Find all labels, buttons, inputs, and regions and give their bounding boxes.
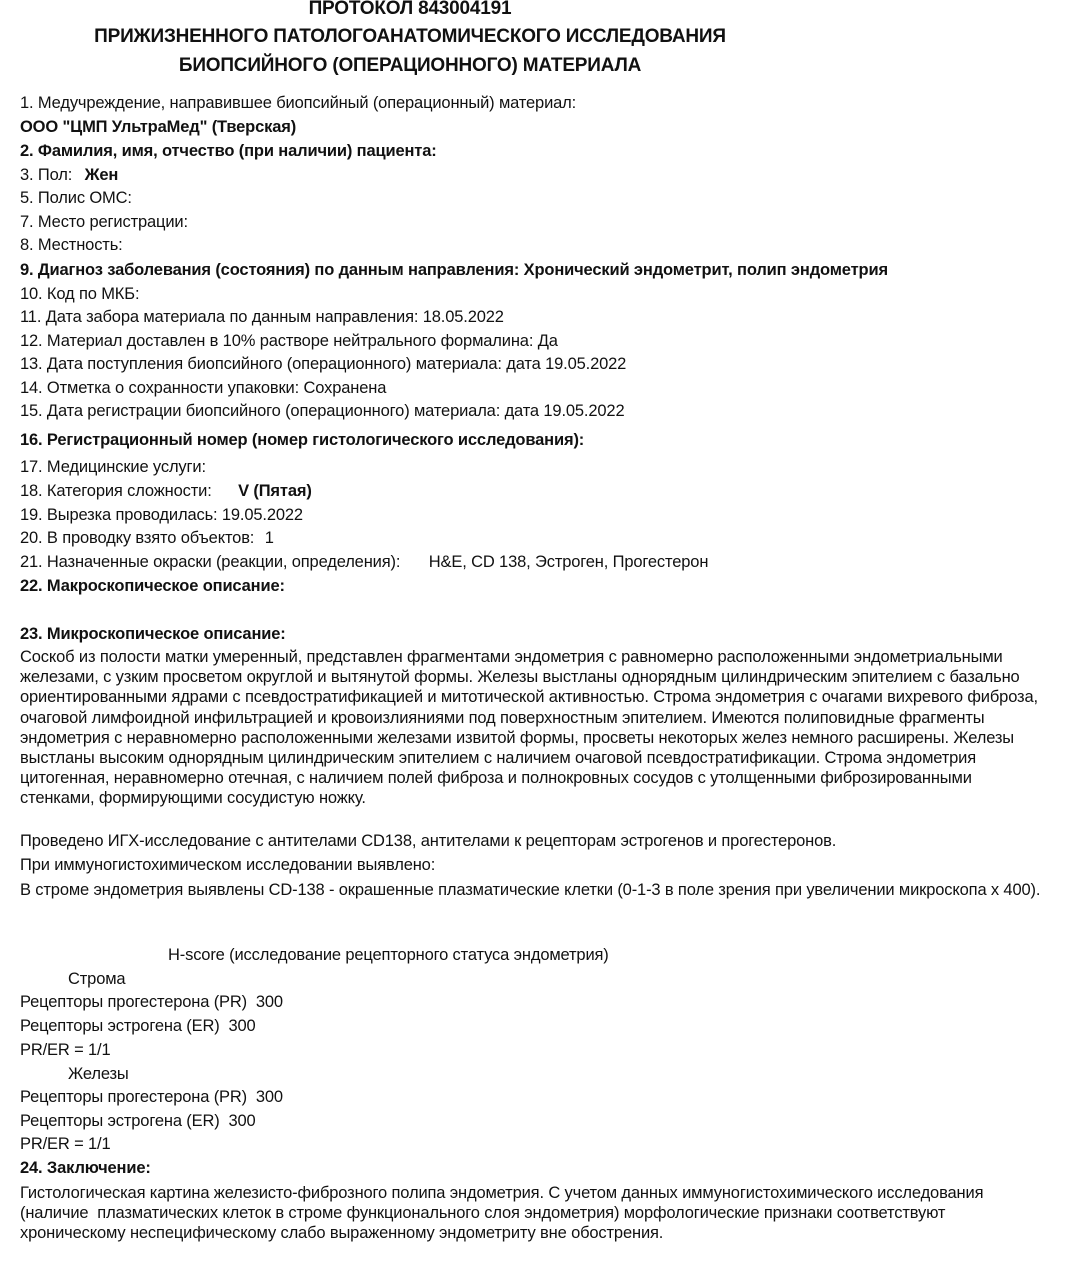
field-21-value: H&E, CD 138, Эстроген, Прогестерон — [429, 553, 709, 571]
hscore-stroma-label: Строма — [20, 970, 125, 989]
field-18: 18. Категория сложности: V (Пятая) — [20, 482, 312, 501]
protocol-subtitle-2: БИОПСИЙНОГО (ОПЕРАЦИОННОГО) МАТЕРИАЛА — [0, 55, 820, 77]
field-15: 15. Дата регистрации биопсийного (операц… — [20, 402, 624, 421]
field-18-label: 18. Категория сложности: — [20, 482, 212, 500]
field-14: 14. Отметка о сохранности упаковки: Сохр… — [20, 379, 386, 398]
field-12: 12. Материал доставлен в 10% растворе не… — [20, 332, 558, 351]
microscopic-description: Соскоб из полости матки умеренный, предс… — [20, 647, 1050, 809]
field-2-label: 2. Фамилия, имя, отчество (при наличии) … — [20, 142, 437, 161]
hscore-glands-pr: Рецепторы прогестерона (PR) 300 — [20, 1088, 283, 1107]
hscore-stroma-ratio: PR/ER = 1/1 — [20, 1041, 111, 1060]
protocol-title: ПРОТОКОЛ 843004191 — [0, 0, 820, 20]
hscore-glands-label: Железы — [20, 1065, 129, 1084]
field-3: 3. Пол: Жен — [20, 166, 118, 185]
conclusion-text: Гистологическая картина железисто-фиброз… — [20, 1183, 1050, 1244]
field-7-label: 7. Место регистрации: — [20, 213, 188, 232]
microscopic-heading: 23. Микроскопическое описание: — [20, 625, 286, 644]
field-20-value: 1 — [265, 529, 274, 547]
field-11: 11. Дата забора материала по данным напр… — [20, 308, 504, 327]
hscore-title: H-score (исследование рецепторного стату… — [168, 946, 609, 965]
field-18-value: V (Пятая) — [238, 482, 312, 500]
ihc-study-line: Проведено ИГХ-исследование с антителами … — [20, 832, 836, 851]
hscore-stroma-er: Рецепторы эстрогена (ER) 300 — [20, 1017, 256, 1036]
hscore-glands-ratio: PR/ER = 1/1 — [20, 1135, 111, 1154]
protocol-subtitle-1: ПРИЖИЗНЕННОГО ПАТОЛОГОАНАТОМИЧЕСКОГО ИСС… — [0, 26, 820, 48]
hscore-glands-er: Рецепторы эстрогена (ER) 300 — [20, 1112, 256, 1131]
field-3-label: 3. Пол: — [20, 166, 72, 184]
field-20-label: 20. В проводку взято объектов: — [20, 529, 254, 547]
field-9-value: Хронический эндометрит, полип эндометрия — [524, 261, 888, 279]
field-3-value: Жен — [85, 166, 119, 184]
field-5-label: 5. Полис ОМС: — [20, 189, 132, 208]
field-21-label: 21. Назначенные окраски (реакции, опреде… — [20, 553, 400, 571]
field-9: 9. Диагноз заболевания (состояния) по да… — [20, 261, 888, 280]
hscore-stroma-pr: Рецепторы прогестерона (PR) 300 — [20, 993, 283, 1012]
ihc-found-line: При иммуногистохимическом исследовании в… — [20, 856, 435, 875]
field-10-label: 10. Код по МКБ: — [20, 285, 139, 304]
field-8-label: 8. Местность: — [20, 236, 123, 255]
field-1-label: 1. Медучреждение, направившее биопсийный… — [20, 94, 576, 113]
field-9-label: 9. Диагноз заболевания (состояния) по да… — [20, 261, 519, 279]
conclusion-heading: 24. Заключение: — [20, 1159, 151, 1178]
field-20: 20. В проводку взято объектов: 1 — [20, 529, 274, 548]
field-19: 19. Вырезка проводилась: 19.05.2022 — [20, 506, 303, 525]
field-1-value: ООО "ЦМП УльтраМед" (Тверская) — [20, 118, 296, 137]
field-21: 21. Назначенные окраски (реакции, опреде… — [20, 553, 708, 572]
field-17-label: 17. Медицинские услуги: — [20, 458, 206, 477]
ihc-result: В строме эндометрия выявлены CD-138 - ок… — [20, 880, 1050, 900]
field-13: 13. Дата поступления биопсийного (операц… — [20, 355, 626, 374]
field-22-label: 22. Макроскопическое описание: — [20, 577, 285, 596]
field-16-label: 16. Регистрационный номер (номер гистоло… — [20, 431, 584, 450]
